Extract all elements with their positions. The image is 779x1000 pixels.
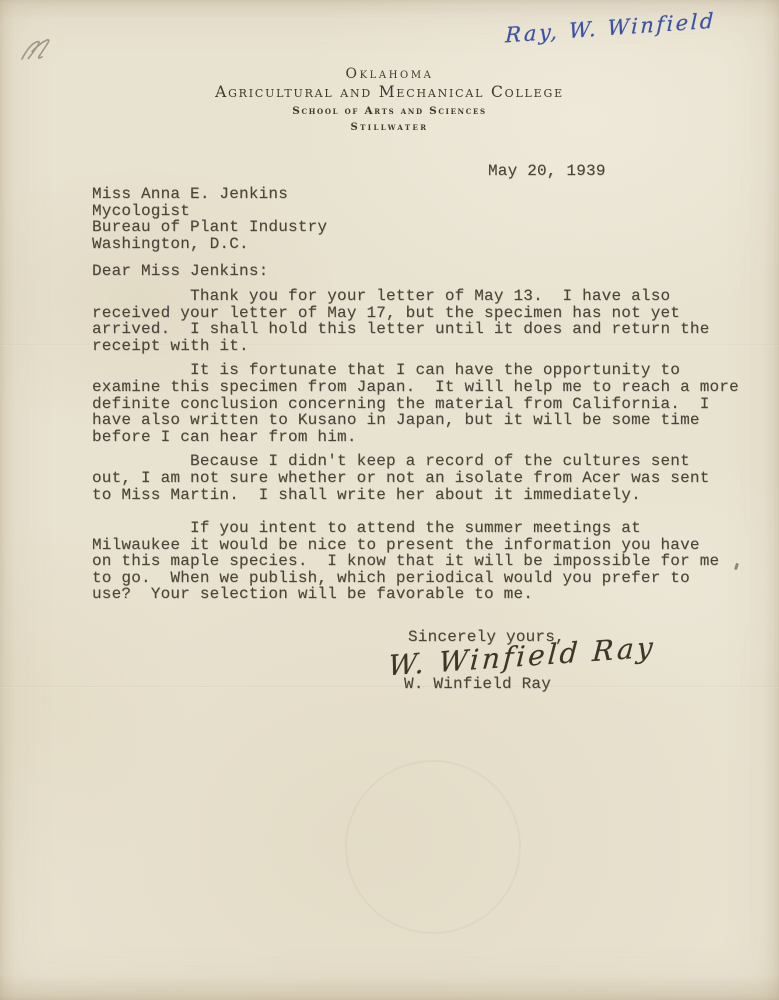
letterhead-department: School of Arts and Sciences: [0, 105, 779, 117]
body-paragraph-3: Because I didn't keep a record of the cu…: [92, 453, 752, 503]
salutation: Dear Miss Jenkins:: [92, 263, 752, 280]
date-line: May 20, 1939: [488, 163, 606, 180]
closing-line: Sincerely yours,: [408, 629, 752, 646]
letterhead-city: Stillwater: [0, 122, 779, 133]
body-paragraph-2: It is fortunate that I can have the oppo…: [92, 362, 752, 445]
letterhead-institution-line1: Oklahoma: [0, 66, 779, 82]
body-paragraph-4: If you intent to attend the summer meeti…: [92, 520, 752, 603]
letter-body: Miss Anna E. Jenkins Mycologist Bureau o…: [92, 186, 752, 692]
letter-scan-page: Ray, W. Winfield Oklahoma Agricultural a…: [0, 0, 779, 1000]
recipient-address-block: Miss Anna E. Jenkins Mycologist Bureau o…: [92, 186, 752, 252]
typed-signature: W. Winfield Ray: [404, 676, 752, 693]
letterhead-institution-line2: Agricultural and Mechanical College: [0, 83, 779, 101]
body-paragraph-1: Thank you for your letter of May 13. I h…: [92, 288, 752, 354]
